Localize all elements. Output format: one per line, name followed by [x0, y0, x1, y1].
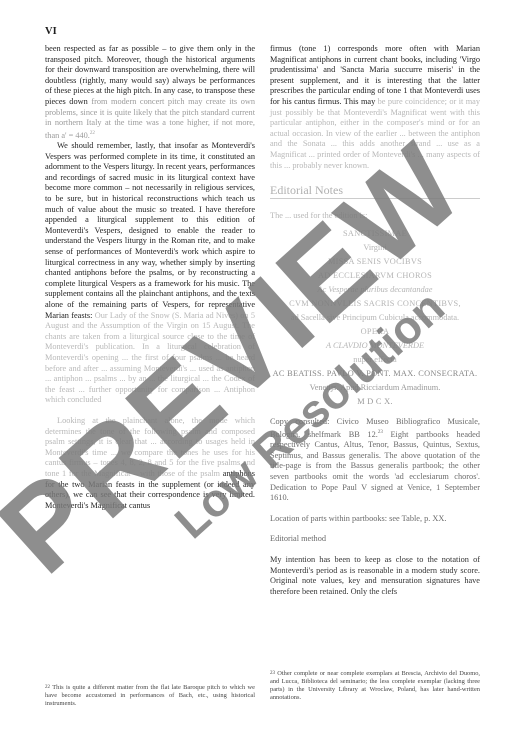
- right-column: firmus (tone 1) corresponds more often w…: [270, 44, 480, 597]
- paragraph-modes: Looking at the plainchant alone, the mod…: [45, 416, 255, 511]
- paragraph-pitch: been respected as far as possible – to g…: [45, 44, 255, 141]
- paragraph-text-faded: be pure coincidence; or it may just poss…: [270, 97, 480, 170]
- source-intro: The ... used for the edition is:: [270, 211, 480, 222]
- title-line: Venetijs. Apud Ricciardum Amadinum.: [270, 381, 480, 395]
- title-line: Virgini: [270, 241, 480, 255]
- paragraph-liturgy: We should remember, lastly, that insofar…: [45, 141, 255, 406]
- editorial-method-heading: Editorial method: [270, 534, 480, 545]
- title-line: SANCTISSIMAE: [270, 227, 480, 241]
- location-note: Location of parts within partbooks: see …: [270, 514, 480, 525]
- copy-consulted: Copy consulted: Civico Museo Bibliografi…: [270, 417, 480, 504]
- section-heading-editorial-notes: Editorial Notes: [270, 185, 480, 199]
- footnote-22: 22 This is quite a different matter from…: [45, 684, 255, 708]
- title-line: MISSA SENIS VOCIBVS: [270, 255, 480, 269]
- title-line: AD ECCLESIARVM CHOROS: [270, 269, 480, 283]
- left-column: been respected as far as possible – to g…: [45, 44, 255, 511]
- copy-consulted-text-after: Eight partbooks headed respectively Cant…: [270, 430, 480, 503]
- title-line: M D C X.: [270, 395, 480, 409]
- title-line: nuper effecta: [270, 353, 480, 367]
- title-line: CVM NONNVLLIS SACRIS CONCENTIBVS,: [270, 297, 480, 311]
- paragraph-cantus-firmus: firmus (tone 1) corresponds more often w…: [270, 44, 480, 171]
- footnote-number: 22: [45, 685, 50, 690]
- footnote-text: Other complete or near complete exemplar…: [270, 670, 480, 701]
- editorial-method-text: My intention has been to keep as close t…: [270, 555, 480, 597]
- title-line: AC BEATISS. PAVLO V. PONT. MAX. CONSECRA…: [270, 367, 480, 381]
- title-line: ad Sacella sive Principum Cubicula accom…: [270, 311, 480, 325]
- paragraph-text: We should remember, lastly, that insofar…: [45, 141, 255, 320]
- title-line: OPERA: [270, 325, 480, 339]
- footnote-23: 23 Other complete or near complete exemp…: [270, 670, 480, 702]
- title-line: Ac Vesperae pluribus decantandae: [270, 283, 480, 297]
- footnote-number: 23: [270, 671, 275, 676]
- footnote-text: This is quite a different matter from th…: [45, 684, 255, 707]
- title-page-transcription: SANCTISSIMAE Virgini MISSA SENIS VOCIBVS…: [270, 227, 480, 409]
- title-line: A CLAVDIO MONTEVERDE: [270, 339, 480, 353]
- footnote-ref: 22: [90, 131, 95, 136]
- paragraph-text-faded: Our Lady of the Snow (S. Maria ad Nives)…: [45, 311, 255, 405]
- page-number: VI: [45, 26, 57, 37]
